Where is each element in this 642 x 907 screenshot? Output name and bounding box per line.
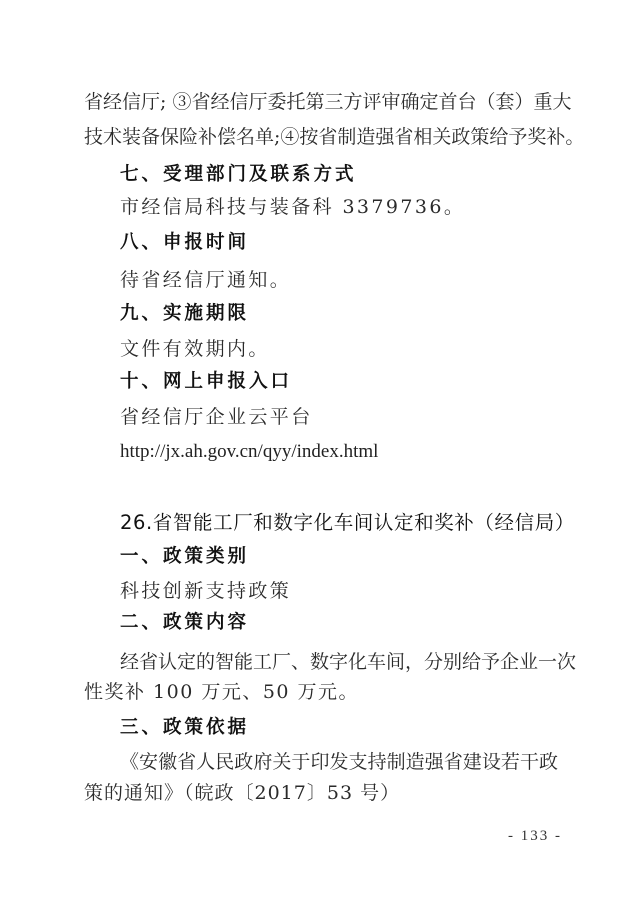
section-heading-validity: 九、实施期限 (120, 299, 558, 329)
policy-26-title: 26.省智能工厂和数字化车间认定和奖补（经信局） (120, 508, 558, 538)
policy-26-heading-category: 一、政策类别 (120, 542, 558, 572)
section-body-online-portal: 省经信厅企业云平台 (120, 402, 558, 432)
document-page: 省经信厅; ③省经信厅委托第三方评审确定首台（套）重大 技术装备保险补偿名单;④… (0, 0, 642, 907)
continuation-line-1: 省经信厅; ③省经信厅委托第三方评审确定首台（套）重大 (84, 87, 558, 117)
portal-url-link[interactable]: http://jx.ah.gov.cn/qyy/index.html (120, 437, 558, 467)
policy-26-heading-content: 二、政策内容 (120, 608, 558, 638)
page-number: - 133 - (500, 828, 570, 845)
section-body-apply-time: 待省经信厅通知。 (120, 265, 558, 295)
section-heading-online-portal: 十、网上申报入口 (120, 367, 558, 397)
policy-26-body-category: 科技创新支持政策 (120, 576, 558, 606)
section-heading-apply-time: 八、申报时间 (120, 228, 558, 258)
policy-26-body-content-line-2: 性奖补 100 万元、50 万元。 (84, 677, 558, 707)
policy-26-body-basis-line-1: 《安徽省人民政府关于印发支持制造强省建设若干政 (120, 747, 558, 777)
section-heading-contact: 七、受理部门及联系方式 (120, 160, 558, 190)
continuation-line-2: 技术装备保险补偿名单;④按省制造强省相关政策给予奖补。 (84, 122, 558, 152)
policy-26-body-basis-line-2: 策的通知》（皖政〔2017〕53 号） (84, 778, 558, 808)
section-body-contact: 市经信局科技与装备科 3379736。 (120, 192, 558, 222)
policy-26-heading-basis: 三、政策依据 (120, 713, 558, 743)
section-body-validity: 文件有效期内。 (120, 334, 558, 364)
policy-26-body-content-line-1: 经省认定的智能工厂、数字化车间，分别给予企业一次 (120, 647, 558, 677)
